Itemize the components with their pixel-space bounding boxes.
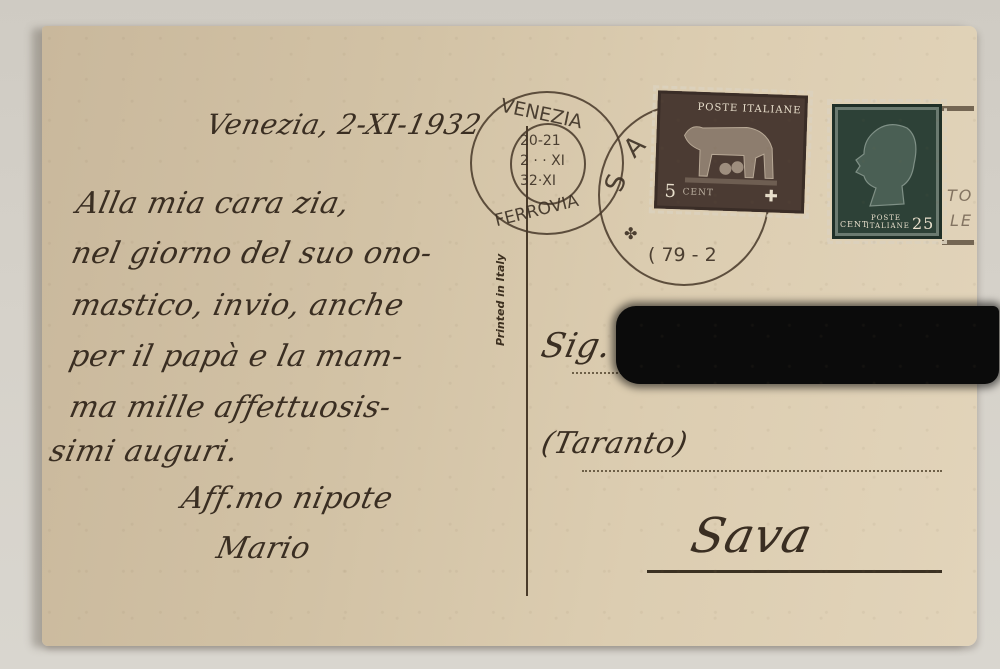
postmark-sava-letter-a: A [618,130,652,164]
stamp-wolf-denomination: CENT [682,187,714,198]
address-line-3 [647,570,942,573]
stamp-king-denomination: CENT [840,220,868,229]
machine-cancel-text: LE [950,211,973,230]
clover-mark-icon: ✤ [624,224,637,243]
signature: Mario [213,531,314,566]
stamp-capitoline-wolf: POSTE ITALIANE 5 CENT ✚ [654,90,808,213]
savoy-cross-icon: ✚ [764,186,779,205]
dateline: Venezia, 2-XI-1932 [203,108,484,141]
postmark-sava-letter-s: S [599,170,633,196]
machine-cancel-bar [942,106,974,111]
postmark-venezia-year: 32·XI [520,173,556,189]
address-salutation: Sig. [538,326,615,366]
closing: Aff.mo nipote [178,481,396,516]
stamp-wolf-header: POSTE ITALIANE [697,102,801,117]
address-city: Sava [686,508,817,564]
address-province: (Taranto) [538,426,691,461]
stamp-victor-emmanuel: CENT POSTE ITALIANE 25 [832,104,942,239]
message-line-4: per il papà e la mam- [66,339,406,374]
address-line-2 [582,470,942,472]
stamp-wolf-value: 5 [664,181,677,202]
machine-cancel-bar [942,240,974,245]
message-line-2: nel giorno del suo ono- [68,236,435,271]
wolf-icon [675,115,787,189]
postmark-venezia-time: 20-21 [520,133,561,149]
postmark-venezia-day: 2 · · XI [520,153,565,169]
postcard: Venezia, 2-XI-1932 Alla mia cara zia, ne… [42,26,977,646]
message-line-3: mastico, invio, anche [68,288,407,323]
message-line-5: ma mille affettuosis- [66,390,394,425]
stamp-king-value: 25 [912,214,934,233]
message-line-1: Alla mia cara zia, [73,186,352,221]
printed-in-italy: Printed in Italy [494,254,507,346]
machine-cancel-text: TO [947,186,973,205]
message-line-6: simi auguri. [46,434,241,469]
king-profile-icon [842,114,932,214]
postmark-sava-bottom: ( 79 - 2 [648,244,717,266]
redacted-recipient-name [616,306,999,384]
stamp-king-header: POSTE ITALIANE [866,214,906,230]
